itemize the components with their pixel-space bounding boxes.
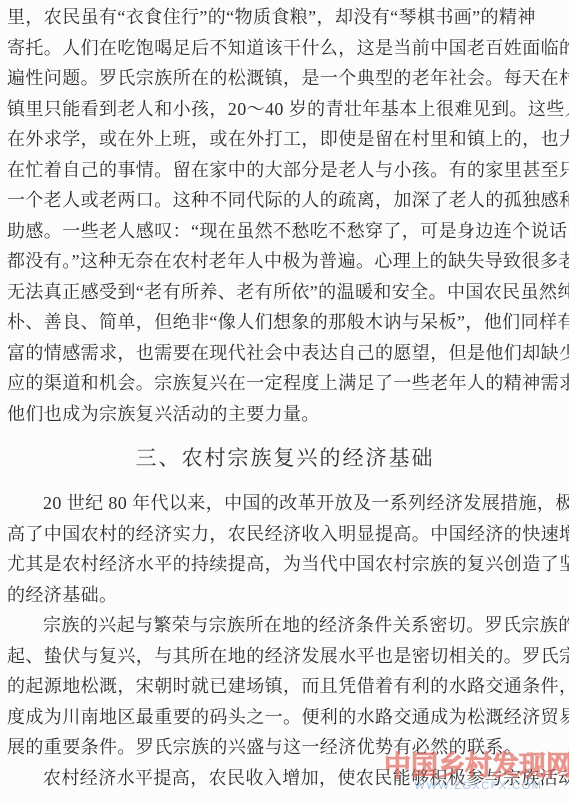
text-line: 寄托。人们在吃饱喝足后不知道该干什么，这是当前中国老百姓面临的普 bbox=[7, 33, 563, 64]
text-line: 尤其是农村经济水平的持续提高，为当代中国农村宗族的复兴创造了坚实 bbox=[7, 549, 563, 580]
section-heading: 三、农村宗族复兴的经济基础 bbox=[7, 443, 563, 473]
text-line: 度成为川南地区最重要的码头之一。便利的水路交通成为松溉经济贸易发 bbox=[7, 702, 563, 733]
text-line: 助感。一些老人感叹：“现在虽然不愁吃不愁穿了，可是身边连个说话的人 bbox=[7, 216, 563, 247]
text-line: 应的渠道和机会。宗族复兴在一定程度上满足了一些老年人的精神需求。 bbox=[7, 368, 563, 399]
text-line: 展的重要条件。罗氏宗族的兴盛与这一经济优势有必然的联系。 bbox=[7, 732, 563, 763]
text-line: 朴、善良、简单，但绝非“像人们想象的那般木讷与呆板”，他们同样有丰 bbox=[7, 307, 563, 338]
document-body: 里，农民虽有“衣食住行”的“物质食粮”，却没有“琴棋书画”的精神寄托。人们在吃饱… bbox=[7, 2, 563, 793]
paragraph: 里，农民虽有“衣食住行”的“物质食粮”，却没有“琴棋书画”的精神寄托。人们在吃饱… bbox=[7, 2, 563, 429]
text-line: 在忙着自己的事情。留在家中的大部分是老人与小孩。有的家里甚至只是 bbox=[7, 155, 563, 186]
text-line: 都没有。”这种无奈在农村老年人中极为普遍。心理上的缺失导致很多老人 bbox=[7, 246, 563, 277]
text-line: 富的情感需求，也需要在现代社会中表达自己的愿望，但是他们却缺少相 bbox=[7, 338, 563, 369]
text-line: 的经济基础。 bbox=[7, 580, 563, 611]
text-line: 高了中国农村的经济实力，农民经济收入明显提高。中国经济的快速增长， bbox=[7, 519, 563, 550]
text-line: 镇里只能看到老人和小孩，20～40 岁的青壮年基本上很难见到。这些人或 bbox=[7, 94, 563, 125]
text-line: 宗族的兴起与繁荣与宗族所在地的经济条件关系密切。罗氏宗族的兴 bbox=[7, 610, 563, 641]
text-line: 起、蛰伏与复兴，与其所在地的经济发展水平也是密切相关的。罗氏宗族 bbox=[7, 641, 563, 672]
text-line: 里，农民虽有“衣食住行”的“物质食粮”，却没有“琴棋书画”的精神 bbox=[7, 2, 563, 33]
text-line: 遍性问题。罗氏宗族所在的松溉镇，是一个典型的老年社会。每天在村里、 bbox=[7, 63, 563, 94]
text-line: 的起源地松溉，宋朝时就已建场镇，而且凭借着有利的水路交通条件，一 bbox=[7, 671, 563, 702]
text-line: 无法真正感受到“老有所养、老有所依”的温暖和安全。中国农民虽然纯 bbox=[7, 277, 563, 308]
text-line: 20 世纪 80 年代以来，中国的改革开放及一系列经济发展措施，极大提 bbox=[7, 488, 563, 519]
text-line: 一个老人或老两口。这种不同代际的人的疏离，加深了老人的孤独感和无 bbox=[7, 185, 563, 216]
text-line: 在外求学，或在外上班，或在外打工，即使是留在村里和镇上的，也大多 bbox=[7, 124, 563, 155]
text-line: 农村经济水平提高，农民收入增加，使农民能够积极参与宗族活动。 bbox=[7, 763, 563, 794]
page: 里，农民虽有“衣食住行”的“物质食粮”，却没有“琴棋书画”的精神寄托。人们在吃饱… bbox=[0, 0, 569, 793]
text-line: 他们也成为宗族复兴活动的主要力量。 bbox=[7, 399, 563, 430]
paragraph: 农村经济水平提高，农民收入增加，使农民能够积极参与宗族活动。 bbox=[7, 763, 563, 794]
paragraph: 20 世纪 80 年代以来，中国的改革开放及一系列经济发展措施，极大提高了中国农… bbox=[7, 488, 563, 610]
paragraph: 宗族的兴起与繁荣与宗族所在地的经济条件关系密切。罗氏宗族的兴起、蛰伏与复兴，与其… bbox=[7, 610, 563, 763]
